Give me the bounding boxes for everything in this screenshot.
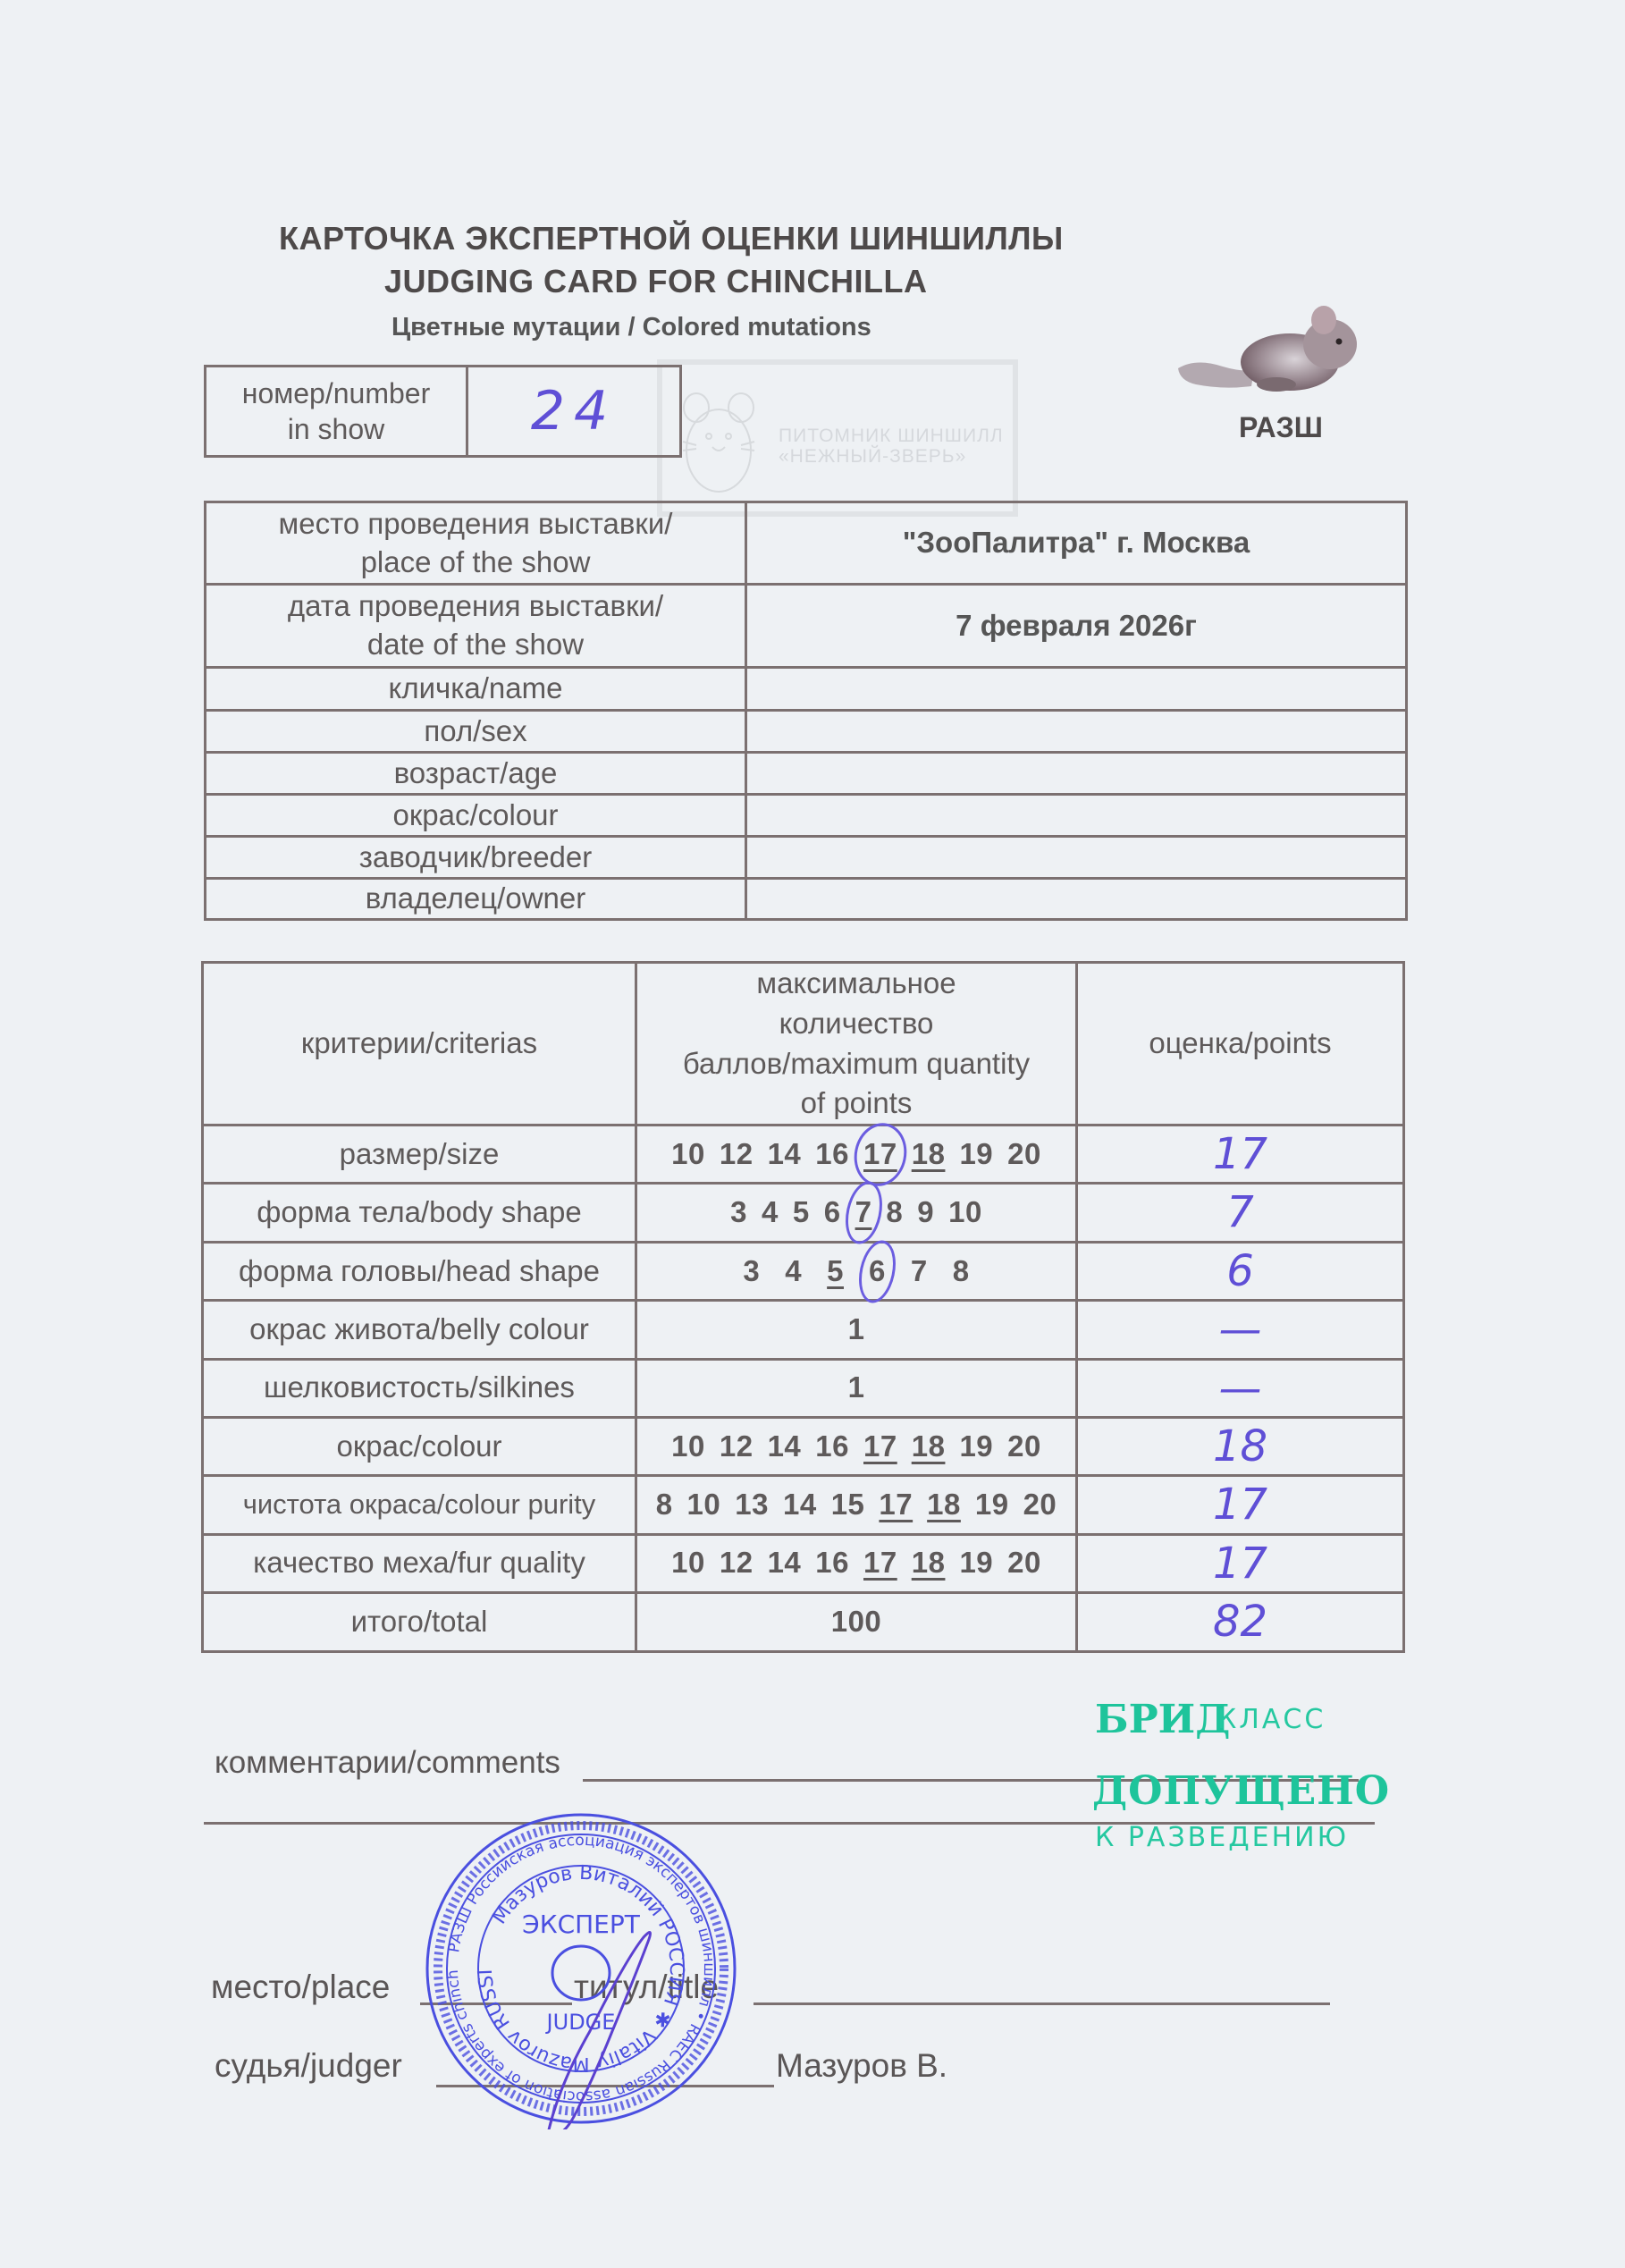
scale-option[interactable]: 10 (671, 1135, 705, 1174)
info-label-sex: пол/sex (206, 711, 746, 753)
criteria-scale[interactable]: 100 (636, 1593, 1077, 1651)
comments-label: комментарии/comments (215, 1745, 560, 1781)
title-ru: КАРТОЧКА ЭКСПЕРТНОЙ ОЦЕНКИ ШИНШИЛЛЫ (279, 220, 1064, 257)
title-line[interactable] (754, 2002, 1330, 2005)
handwritten-points: 18 (1213, 1421, 1267, 1471)
scale-option[interactable]: 9 (917, 1193, 934, 1232)
criteria-points[interactable]: 17 (1077, 1126, 1404, 1184)
scale-option[interactable]: 16 (815, 1544, 849, 1582)
scale-option[interactable]: 12 (720, 1544, 754, 1582)
info-value-sex[interactable] (746, 711, 1407, 753)
scale-option[interactable]: 14 (783, 1486, 817, 1524)
info-label-place: место проведения выставки/place of the s… (206, 502, 746, 585)
scale-option[interactable]: 10 (671, 1544, 705, 1582)
chinchilla-image (1169, 295, 1384, 402)
info-value-date[interactable]: 7 февраля 2026г (746, 585, 1407, 668)
criteria-scale[interactable]: 1 (636, 1359, 1077, 1417)
watermark-line2: «НЕЖНЫЙ-ЗВЕРЬ» (779, 446, 1004, 467)
scale-option[interactable]: 17 (863, 1544, 897, 1582)
info-label-colour: окрас/colour (206, 795, 746, 837)
criteria-row: форма головы/head shape3456786 (203, 1242, 1404, 1300)
criteria-scale[interactable]: 345678910 (636, 1184, 1077, 1242)
info-label-date: дата проведения выставки/date of the sho… (206, 585, 746, 668)
show-number-table: номер/number in show 24 (204, 365, 682, 458)
criteria-scale[interactable]: 1012141617181920 (636, 1534, 1077, 1592)
scale-option[interactable]: 8 (886, 1193, 903, 1232)
info-label-owner: владелец/owner (206, 879, 746, 920)
scale-option[interactable]: 7 (855, 1193, 872, 1232)
scale-option[interactable]: 19 (959, 1544, 993, 1582)
criteria-name: итого/total (203, 1593, 636, 1651)
criteria-name: размер/size (203, 1126, 636, 1184)
scale-option[interactable]: 12 (720, 1135, 754, 1174)
criteria-name: форма тела/body shape (203, 1184, 636, 1242)
criteria-points[interactable]: 82 (1077, 1593, 1404, 1651)
handwritten-points: 82 (1213, 1597, 1267, 1647)
criteria-points[interactable]: 18 (1077, 1417, 1404, 1475)
scale-option[interactable]: 6 (869, 1252, 886, 1291)
scale-option[interactable]: 16 (815, 1135, 849, 1174)
criteria-points[interactable]: 17 (1077, 1476, 1404, 1534)
criteria-name: качество меха/fur quality (203, 1534, 636, 1592)
scale-option[interactable]: 18 (912, 1428, 946, 1466)
criteria-points[interactable]: 7 (1077, 1184, 1404, 1242)
criteria-name: окрас живота/belly colour (203, 1301, 636, 1359)
criteria-row: форма тела/body shape3456789107 (203, 1184, 1404, 1242)
scale-option[interactable]: 14 (768, 1135, 802, 1174)
scale-option[interactable]: 17 (879, 1486, 913, 1524)
scale-option[interactable]: 10 (687, 1486, 721, 1524)
scale-option[interactable]: 3 (743, 1252, 760, 1291)
scale-option[interactable]: 5 (793, 1193, 810, 1232)
criteria-row: размер/size101214161718192017 (203, 1126, 1404, 1184)
criteria-scale[interactable]: 345678 (636, 1242, 1077, 1300)
scale-option[interactable]: 1 (848, 1369, 865, 1407)
scale-option[interactable]: 6 (824, 1193, 841, 1232)
handwritten-points: — (1219, 1304, 1262, 1354)
watermark: ПИТОМНИК ШИНШИЛЛ «НЕЖНЫЙ-ЗВЕРЬ» (657, 359, 1018, 517)
watermark-line1: ПИТОМНИК ШИНШИЛЛ (779, 426, 1004, 446)
scale-option[interactable]: 16 (815, 1428, 849, 1466)
scale-option[interactable]: 19 (959, 1135, 993, 1174)
criteria-scale[interactable]: 1 (636, 1301, 1077, 1359)
criteria-points[interactable]: 17 (1077, 1534, 1404, 1592)
place-label: место/place (211, 1969, 390, 2006)
criteria-row: окрас/colour101214161718192018 (203, 1417, 1404, 1475)
scale-option[interactable]: 18 (927, 1486, 961, 1524)
info-value-owner[interactable] (746, 879, 1407, 920)
criteria-scale[interactable]: 81013141517181920 (636, 1476, 1077, 1534)
info-label-name: кличка/name (206, 668, 746, 711)
scale-option[interactable]: 17 (863, 1135, 897, 1174)
scale-option[interactable]: 19 (959, 1428, 993, 1466)
criteria-scale[interactable]: 1012141617181920 (636, 1417, 1077, 1475)
criteria-scale[interactable]: 1012141617181920 (636, 1126, 1077, 1184)
scale-option[interactable]: 19 (975, 1486, 1009, 1524)
scale-option[interactable]: 10 (948, 1193, 982, 1232)
info-table: место проведения выставки/place of the s… (204, 501, 1408, 921)
show-number-field[interactable]: 24 (467, 367, 681, 457)
criteria-points[interactable]: 6 (1077, 1242, 1404, 1300)
scale-option[interactable]: 8 (656, 1486, 673, 1524)
header-criteria: критерии/criterias (203, 963, 636, 1126)
scale-option[interactable]: 5 (827, 1252, 844, 1291)
criteria-table: критерии/criterias максимальное количест… (201, 961, 1405, 1653)
scale-option[interactable]: 10 (671, 1428, 705, 1466)
scale-option[interactable]: 1 (848, 1311, 865, 1349)
scale-option[interactable]: 15 (831, 1486, 865, 1524)
criteria-row: чистота окраса/colour purity810131415171… (203, 1476, 1404, 1534)
scale-option[interactable]: 17 (863, 1428, 897, 1466)
scale-option[interactable]: 20 (1007, 1428, 1041, 1466)
subtitle: Цветные мутации / Colored mutations (392, 313, 871, 342)
handwritten-points: 17 (1213, 1129, 1267, 1179)
handwritten-points: 17 (1213, 1539, 1267, 1589)
handwritten-points: 7 (1226, 1187, 1254, 1237)
scale-option[interactable]: 3 (730, 1193, 747, 1232)
handwritten-points: — (1219, 1363, 1262, 1413)
info-label-breeder: заводчик/breeder (206, 837, 746, 879)
scale-option[interactable]: 14 (768, 1544, 802, 1582)
seal-graphic: РАЗШ Российская ассоциация экспертов шин… (420, 1808, 742, 2129)
criteria-row: окрас живота/belly colour1— (203, 1301, 1404, 1359)
scale-option[interactable]: 20 (1023, 1486, 1057, 1524)
scale-option[interactable]: 4 (762, 1193, 779, 1232)
criteria-name: окрас/colour (203, 1417, 636, 1475)
scale-option[interactable]: 100 (831, 1603, 882, 1641)
info-value-breeder[interactable] (746, 837, 1407, 879)
title-en: JUDGING CARD FOR CHINCHILLA (384, 263, 927, 300)
info-value-place[interactable]: "ЗооПалитра" г. Москва (746, 502, 1407, 585)
header-max-points: максимальное количество баллов/maximum q… (636, 963, 1077, 1126)
logo-label: РАЗШ (1239, 411, 1323, 444)
expert-seal: РАЗШ Российская ассоциация экспертов шин… (420, 1808, 742, 2129)
scale-option[interactable]: 12 (720, 1428, 754, 1466)
scale-option[interactable]: 18 (912, 1544, 946, 1582)
handwritten-points: 6 (1226, 1246, 1254, 1296)
criteria-row: шелковистость/silkines1— (203, 1359, 1404, 1417)
scale-option[interactable]: 4 (785, 1252, 802, 1291)
info-value-name[interactable] (746, 668, 1407, 711)
scale-option[interactable]: 18 (912, 1135, 946, 1174)
chinchilla-outline-icon (678, 390, 759, 497)
handwritten-points: 17 (1213, 1480, 1267, 1530)
scale-option[interactable]: 13 (735, 1486, 769, 1524)
scale-option[interactable]: 7 (911, 1252, 928, 1291)
show-number-label: номер/number in show (206, 367, 467, 457)
header-points: оценка/points (1077, 963, 1404, 1126)
criteria-row: качество меха/fur quality101214161718192… (203, 1534, 1404, 1592)
scale-option[interactable]: 14 (768, 1428, 802, 1466)
judge-name: Мазуров В. (776, 2047, 947, 2085)
info-label-age: возраст/age (206, 753, 746, 795)
judge-label: судья/judger (215, 2047, 402, 2085)
criteria-name: чистота окраса/colour purity (203, 1476, 636, 1534)
scale-option[interactable]: 20 (1007, 1544, 1041, 1582)
criteria-name: шелковистость/silkines (203, 1359, 636, 1417)
logo (1169, 295, 1384, 402)
criteria-points[interactable]: — (1077, 1301, 1404, 1359)
info-value-colour[interactable] (746, 795, 1407, 837)
scale-option[interactable]: 20 (1007, 1135, 1041, 1174)
criteria-row: итого/total10082 (203, 1593, 1404, 1651)
criteria-points[interactable]: — (1077, 1359, 1404, 1417)
svg-text:JUDGE: JUDGE (545, 2010, 616, 2035)
svg-text:ЭКСПЕРТ: ЭКСПЕРТ (522, 1910, 641, 1939)
criteria-name: форма головы/head shape (203, 1242, 636, 1300)
scale-option[interactable]: 8 (953, 1252, 970, 1291)
info-value-age[interactable] (746, 753, 1407, 795)
